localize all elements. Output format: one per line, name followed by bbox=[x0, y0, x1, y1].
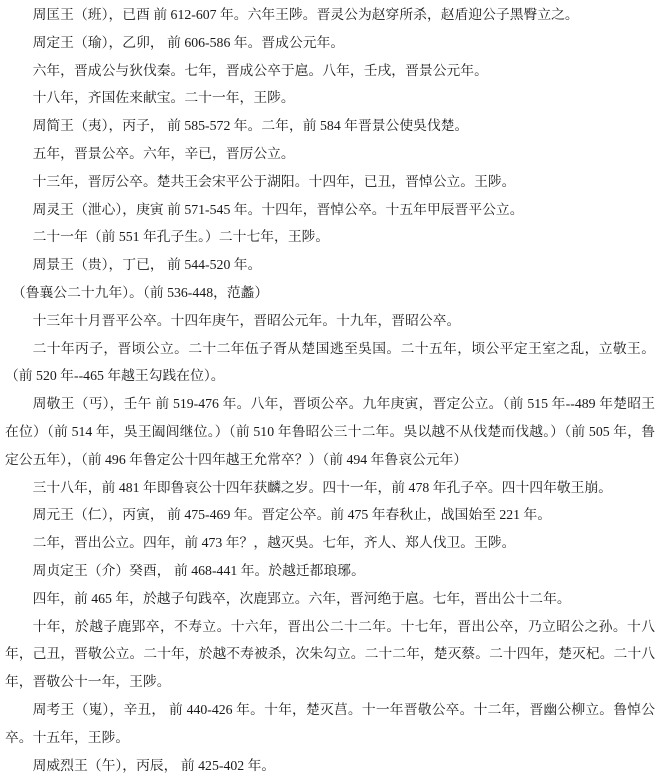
paragraph: 三十八年，前 481 年即鲁哀公十四年获麟之岁。四十一年，前 478 年孔子卒。… bbox=[5, 474, 655, 502]
paragraph: 十三年，晋厉公卒。楚共王会宋平公于湖阳。十四年，已丑，晋悼公立。王陟。 bbox=[5, 168, 655, 196]
paragraph: 四年，前 465 年，於越子句践卒，次鹿郢立。六年，晋河绝于扈。七年，晋出公十二… bbox=[5, 585, 655, 613]
paragraph: 周简王（夷），丙子， 前 585-572 年。二年，前 584 年晋景公使吳伐楚… bbox=[5, 112, 655, 140]
paragraph: 周敬王（丐），壬午 前 519-476 年。八年，晋顷公卒。九年庚寅，晋定公立。… bbox=[5, 390, 655, 473]
paragraph: 周景王（贵），丁已， 前 544-520 年。 bbox=[5, 251, 655, 279]
paragraph: 十八年，齐国佐来献宝。二十一年，王陟。 bbox=[5, 84, 655, 112]
paragraph-parenthetical-note: （鲁襄公二十九年）。（前 536-448，范蠡） bbox=[5, 279, 655, 307]
paragraph: 二十一年（前 551 年孔子生。）二十七年，王陟。 bbox=[5, 223, 655, 251]
paragraph: 六年，晋成公与狄伐秦。七年，晋成公卒于扈。八年，壬戌，晋景公元年。 bbox=[5, 57, 655, 85]
paragraph: 二十年丙子，晋顷公立。二十二年伍子胥从楚国逃至吳国。二十五年，顷公平定王室之乱，… bbox=[5, 335, 655, 391]
paragraph: 十三年十月晋平公卒。十四年庚午，晋昭公元年。十九年，晋昭公卒。 bbox=[5, 307, 655, 335]
paragraph: 周考王（嵬），辛丑， 前 440-426 年。十年，楚灭莒。十一年晋敬公卒。十二… bbox=[5, 696, 655, 752]
paragraph: 周元王（仁），丙寅， 前 475-469 年。晋定公卒。前 475 年春秋止，战… bbox=[5, 501, 655, 529]
paragraph: 十年，於越子鹿郢卒，不寿立。十六年，晋出公二十二年。十七年，晋出公卒，乃立昭公之… bbox=[5, 613, 655, 696]
paragraph: 周贞定王（介）癸酉， 前 468-441 年。於越迁都琅琊。 bbox=[5, 557, 655, 585]
paragraph: 周灵王（泄心），庚寅 前 571-545 年。十四年，晋悼公卒。十五年甲辰晋平公… bbox=[5, 196, 655, 224]
paragraph: 周定王（瑜），乙卯， 前 606-586 年。晋成公元年。 bbox=[5, 29, 655, 57]
paragraph: 二年，晋出公立。四年，前 473 年？，越灭吳。七年，齐人、郑人伐卫。王陟。 bbox=[5, 529, 655, 557]
paragraph: 周威烈王（午），丙辰， 前 425-402 年。 bbox=[5, 752, 655, 773]
paragraph: 五年，晋景公卒。六年，辛已，晋厉公立。 bbox=[5, 140, 655, 168]
paragraph: 周匡王（班），已酉 前 612-607 年。六年王陟。晋灵公为赵穿所杀，赵盾迎公… bbox=[5, 1, 655, 29]
document-page: 周匡王（班），已酉 前 612-607 年。六年王陟。晋灵公为赵穿所杀，赵盾迎公… bbox=[0, 0, 660, 773]
